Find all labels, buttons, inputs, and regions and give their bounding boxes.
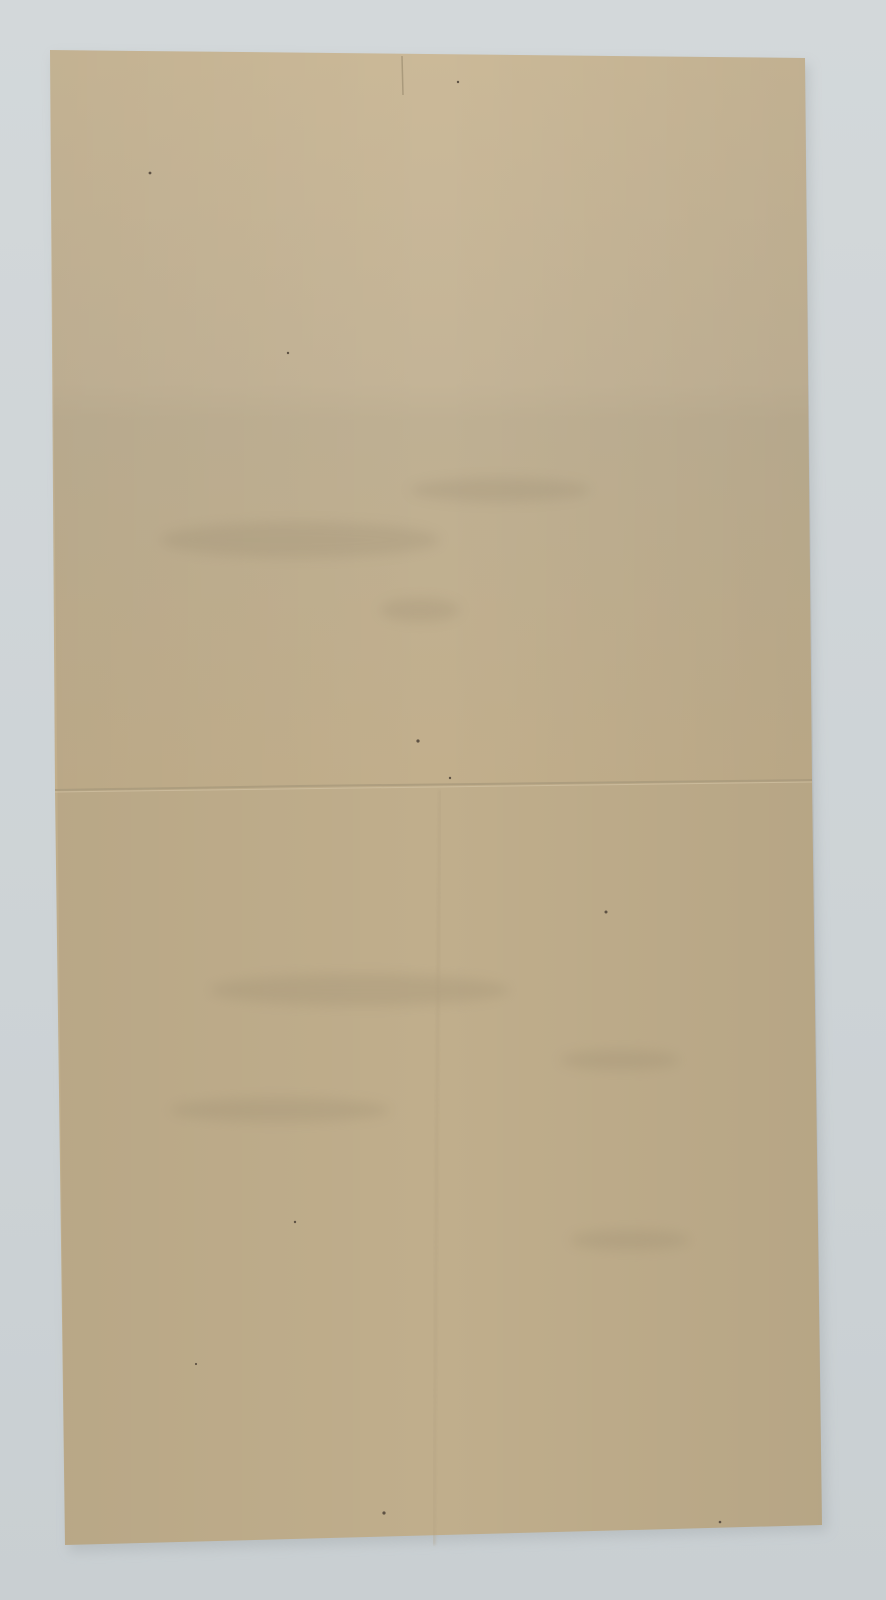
photo-scene: [0, 0, 886, 1600]
blank-paper-sheet: [0, 0, 886, 1600]
